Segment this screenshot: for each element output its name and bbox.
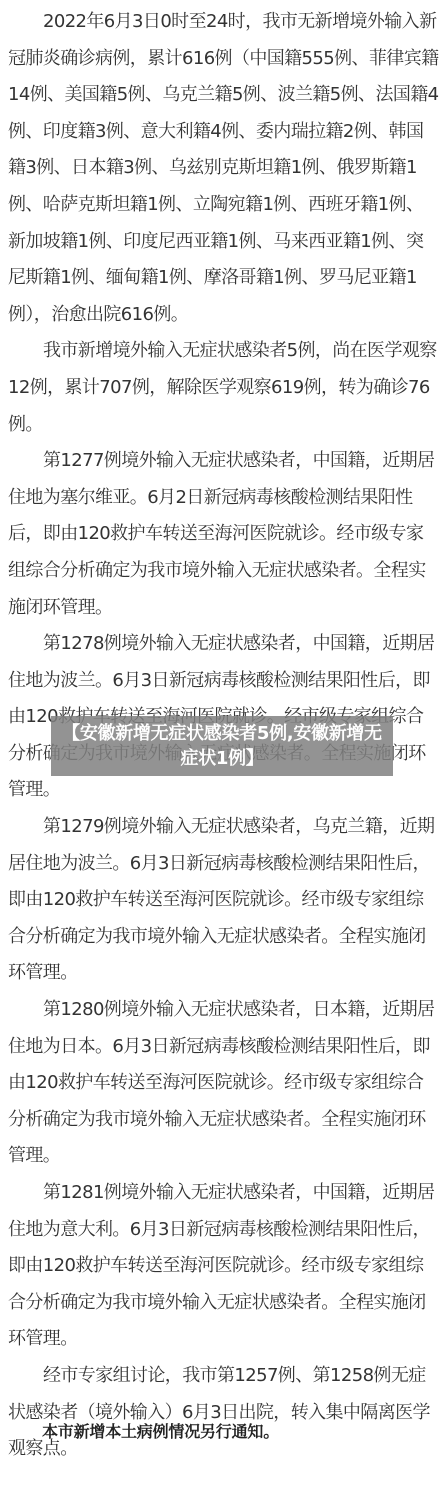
closing-notice: 本市新增本土病例情况另行通知。 bbox=[42, 1419, 279, 1442]
overlay-title: 【安徽新增无症状感染者5例,安徽新增无症状1例】 bbox=[51, 721, 393, 771]
title-overlay-banner: 【安徽新增无症状感染者5例,安徽新增无症状1例】 bbox=[51, 716, 393, 776]
paragraph-case-1279: 第1279例境外输入无症状感染者，乌克兰籍，近期居住地为波兰。6月3日新冠病毒核… bbox=[8, 809, 440, 992]
paragraph-case-1277: 第1277例境外输入无症状感染者，中国籍，近期居住地为塞尔维亚。6月2日新冠病毒… bbox=[8, 443, 440, 626]
paragraph-confirmed-cases: 2022年6月3日0时至24时，我市无新增境外输入新冠肺炎确诊病例，累计616例… bbox=[8, 4, 440, 333]
paragraph-asymptomatic-summary: 我市新增境外输入无症状感染者5例，尚在医学观察12例，累计707例，解除医学观察… bbox=[8, 333, 440, 443]
paragraph-case-1281: 第1281例境外输入无症状感染者，中国籍，近期居住地为意大利。6月3日新冠病毒核… bbox=[8, 1175, 440, 1358]
paragraph-discharge: 经市专家组讨论，我市第1257例、第1258例无症状感染者（境外输入）6月3日出… bbox=[8, 1358, 440, 1468]
paragraph-case-1280: 第1280例境外输入无症状感染者，日本籍，近期居住地为日本。6月3日新冠病毒核酸… bbox=[8, 992, 440, 1175]
